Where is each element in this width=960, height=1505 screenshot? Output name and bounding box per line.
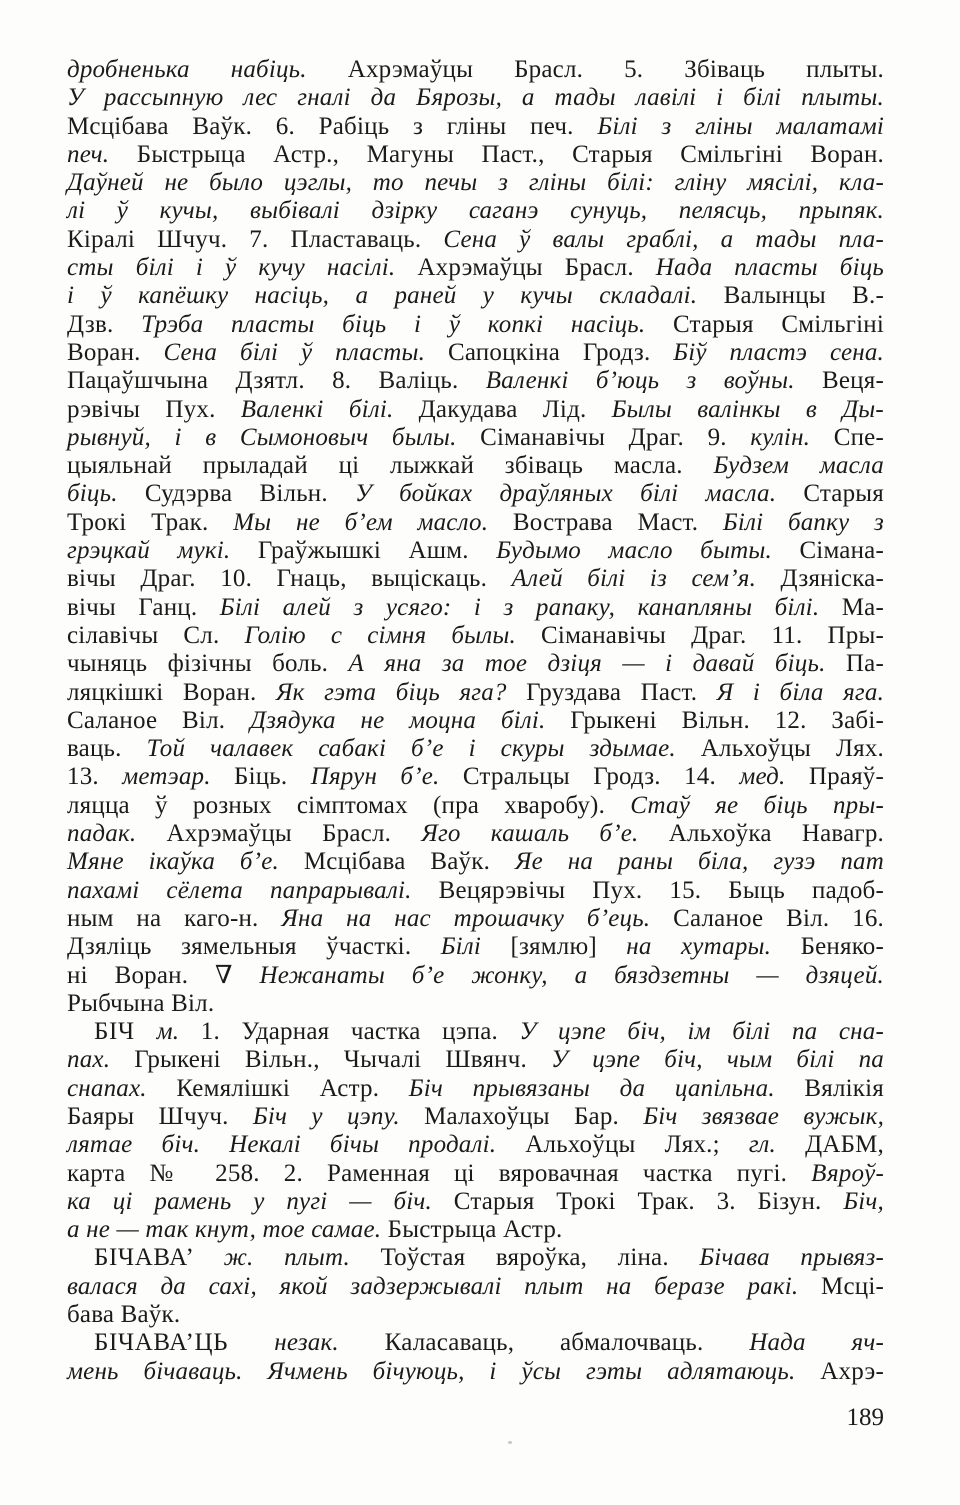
body-text: Старыя Смільгіні xyxy=(673,311,884,338)
example-text: гл. xyxy=(749,1131,805,1158)
body-text: Мсцібава Ваўк. xyxy=(304,848,515,875)
body-text: Граўжышкі Ашм. xyxy=(258,537,496,564)
example-text: снапах. xyxy=(67,1075,176,1102)
example-text: біць. xyxy=(67,480,145,507)
example-text: печ. xyxy=(67,141,137,168)
body-text: Саланое Віл. xyxy=(67,707,250,734)
text-line: пах. Грыкені Вільн., Чычалі Швянч. У цэп… xyxy=(67,1046,884,1074)
example-text: Даўней не было цэглы, то печы з гліны бі… xyxy=(67,169,884,196)
body-text: Ахрэмаўцы Брасл. xyxy=(167,820,422,847)
body-text: Беняко- xyxy=(801,933,884,960)
example-text: Дзядука не моцна білі. xyxy=(250,707,570,734)
body-text: Альхоўцы Лях.; xyxy=(525,1131,749,1158)
body-text: Дзяліць зямельныя ўчасткі. xyxy=(67,933,441,960)
example-text: Стаў яе біць пры- xyxy=(630,792,884,819)
example-text: У цэпе біч, чым білі па xyxy=(551,1046,884,1073)
example-text: У бойках драўляных білі масла. xyxy=(355,480,803,507)
body-text: Ма- xyxy=(842,594,884,621)
example-text: Сена ў валы граблі, а тады пла- xyxy=(443,226,884,253)
text-line: Даўней не было цэглы, то печы з гліны бі… xyxy=(67,169,884,197)
body-text: Судэрва Вільн. xyxy=(145,480,355,507)
text-line: Кіралі Шчуч. 7. Пластаваць. Сена ў валы … xyxy=(67,226,884,254)
text-line: Баяры Шчуч. Біч у цэпу. Малахоўцы Бар. Б… xyxy=(67,1103,884,1131)
text-line: Пацаўшчына Дзятл. 8. Валіць. Валенкі б’ю… xyxy=(67,367,884,395)
body-text: Вострава Маст. xyxy=(513,509,723,536)
example-text: У рассыпную лес гналі да Бярозы, а тады … xyxy=(67,84,884,111)
example-text: Сена білі ў пласты. xyxy=(163,339,448,366)
body-text: Кемялішкі Астр. xyxy=(176,1075,408,1102)
example-text: Біч прывязаны да цапільна. xyxy=(409,1075,805,1102)
example-text: лятае біч. Некалі бічы продалі. xyxy=(67,1131,525,1158)
text-line: рэвічы Пух. Валенкі білі. Дакудава Лід. … xyxy=(67,396,884,424)
example-text: пахамі сёлета папрарывалі. xyxy=(67,877,439,904)
example-text: Голію с сімня былы. xyxy=(245,622,542,649)
body-text: Сіманавічы Драг. 9. xyxy=(480,424,750,451)
body-text: Кіралі Шчуч. 7. Пластаваць. xyxy=(67,226,443,253)
example-text: А яна за тое дзіця — і давай біць. xyxy=(349,650,846,677)
headword: БІЧАВА’ xyxy=(94,1244,224,1271)
example-text: мед. xyxy=(739,763,808,790)
body-text: чыняць фізічны боль. xyxy=(67,650,349,677)
example-text: рывнуй, і в Сымоновыч былы. xyxy=(67,424,480,451)
body-text: Па- xyxy=(846,650,884,677)
body-text: Старыя xyxy=(803,480,884,507)
body-text: Быстрыца Астр., Магуны Паст., Старыя Смі… xyxy=(137,141,884,168)
example-text: Той чалавек сабакі б’е і скуры здымае. xyxy=(147,735,701,762)
body-text: цыяльнай прыладай ці лыжкай збіваць масл… xyxy=(67,452,713,479)
text-line: чыняць фізічны боль. А яна за тое дзіця … xyxy=(67,650,884,678)
text-line: ляцца ў розных сімптомах (пра хваробу). … xyxy=(67,792,884,820)
example-text: Валенкі б’юць з воўны. xyxy=(486,367,822,394)
body-text: Воран. xyxy=(67,339,163,366)
body-text: Сапоцкіна Гродз. xyxy=(448,339,673,366)
example-text: мень бічаваць. Ячмень бічуюць, і ўсы гэт… xyxy=(67,1358,820,1385)
page-number: 189 xyxy=(67,1404,884,1432)
example-text: і ў капёшку насіць, а раней у кучы склад… xyxy=(67,282,724,309)
example-text: Біў пластэ сена. xyxy=(673,339,884,366)
example-text: Былы валінкы в Ды- xyxy=(612,396,884,423)
text-line: Трокі Трак. Мы не б’ем масло. Вострава М… xyxy=(67,509,884,537)
body-text: ні Воран. xyxy=(67,962,215,989)
text-line: сты білі і ў кучу насілі. Ахрэмаўцы Брас… xyxy=(67,254,884,282)
scan-artifact xyxy=(508,1441,512,1444)
body-text: Спе- xyxy=(834,424,884,451)
phraseme-marker-icon: ∇ xyxy=(215,962,260,989)
example-text: Яе на раны біла, гузэ пат xyxy=(515,848,884,875)
text-line: Мяне ікаўка б’е. Мсцібава Ваўк. Яе на ра… xyxy=(67,848,884,876)
text-line: печ. Быстрыца Астр., Магуны Паст., Стары… xyxy=(67,141,884,169)
body-text: Мсцібава Ваўк. 6. Рабіць з гліны печ. xyxy=(67,113,597,140)
text-line: Дзяліць зямельныя ўчасткі. Білі [зямлю] … xyxy=(67,933,884,961)
body-text: Вялікія xyxy=(804,1075,884,1102)
example-text: Білі бапку з xyxy=(723,509,884,536)
body-text: Грыкені Вільн., Чычалі Швянч. xyxy=(134,1046,551,1073)
text-line: БІЧАВА’ЦЬ незак. Каласаваць, абмалочваць… xyxy=(67,1329,884,1357)
body-text: Быстрыца Астр. xyxy=(388,1216,563,1243)
body-text: Альхоўцы Лях. xyxy=(701,735,884,762)
body-text: сілавічы Сл. xyxy=(67,622,245,649)
body-text: ным на каго-н. xyxy=(67,905,281,932)
text-line: БІЧ м. 1. Ударная частка цэпа. У цэпе бі… xyxy=(67,1018,884,1046)
example-text: сты білі і ў кучу насілі. xyxy=(67,254,417,281)
body-text: вічы Драг. 10. Гнаць, выціскаць. xyxy=(67,565,512,592)
text-line: і ў капёшку насіць, а раней у кучы склад… xyxy=(67,282,884,310)
body-text: Ахрэ- xyxy=(820,1358,884,1385)
example-text: Валенкі білі. xyxy=(241,396,419,423)
body-text: ляцца ў розных сімптомах (пра хваробу). xyxy=(67,792,630,819)
example-text: а не — так кнут, тое самае. xyxy=(67,1216,388,1243)
example-text: Яна на нас трошачку б’ець. xyxy=(281,905,673,932)
body-text: Ахрэмаўцы Брасл. 5. Збіваць плыты. xyxy=(348,56,884,83)
example-text: Я і біла яга. xyxy=(717,679,884,706)
text-line: пахамі сёлета папрарывалі. Вецярэвічы Пу… xyxy=(67,877,884,905)
body-text: Пацаўшчына Дзятл. 8. Валіць. xyxy=(67,367,486,394)
example-text: Пярун б’е. xyxy=(311,763,463,790)
text-line: а не — так кнут, тое самае. Быстрыца Аст… xyxy=(67,1216,884,1244)
text-line: ні Воран. ∇ Нежанаты б’е жонку, а бяздзе… xyxy=(67,962,884,990)
example-text: Вяроў- xyxy=(811,1160,884,1187)
text-line: БІЧАВА’ ж. плыт. Тоўстая вяроўка, ліна. … xyxy=(67,1244,884,1272)
example-text: Біч, xyxy=(843,1188,884,1215)
body-text: Праяў- xyxy=(809,763,884,790)
example-text: Як гэта біць яга? xyxy=(276,679,526,706)
example-text: Мяне ікаўка б’е. xyxy=(67,848,304,875)
text-line: падак. Ахрэмаўцы Брасл. Яго кашаль б’е. … xyxy=(67,820,884,848)
example-text: кулін. xyxy=(750,424,833,451)
text-line: сілавічы Сл. Голію с сімня былы. Сіманав… xyxy=(67,622,884,650)
text-line: вічы Драг. 10. Гнаць, выціскаць. Алей бі… xyxy=(67,565,884,593)
example-text: У цэпе біч, ім білі па сна- xyxy=(519,1018,884,1045)
example-text: Біч звязвае вужык, xyxy=(643,1103,884,1130)
example-text: м. xyxy=(157,1018,201,1045)
body-text: Трокі Трак. xyxy=(67,509,233,536)
example-text: на хутары. xyxy=(626,933,800,960)
text-line: вічы Ганц. Білі алей з усяго: і з рапаку… xyxy=(67,594,884,622)
text-line: Рыбчына Віл. xyxy=(67,990,884,1018)
text-line: грэцкай мукі. Граўжышкі Ашм. Будымо масл… xyxy=(67,537,884,565)
body-text: Мсці- xyxy=(821,1273,884,1300)
text-line: дробненька набіць. Ахрэмаўцы Брасл. 5. З… xyxy=(67,56,884,84)
text-line: снапах. Кемялішкі Астр. Біч прывязаны да… xyxy=(67,1075,884,1103)
example-text: Білі алей з усяго: і з рапаку, канапляны… xyxy=(220,594,842,621)
text-line: біць. Судэрва Вільн. У бойках драўляных … xyxy=(67,480,884,508)
example-text: Будзем масла xyxy=(713,452,884,479)
body-text: Грыкені Вільн. 12. Забі- xyxy=(570,707,884,734)
example-text: Біч у цэпу. xyxy=(253,1103,424,1130)
body-text: 1. Ударная частка цэпа. xyxy=(201,1018,520,1045)
text-line: лі ў кучы, выбівалі дзірку саганэ сунуць… xyxy=(67,197,884,225)
text-line: лятае біч. Некалі бічы продалі. Альхоўцы… xyxy=(67,1131,884,1159)
body-text: 13. xyxy=(67,763,122,790)
text-line: цыяльнай прыладай ці лыжкай збіваць масл… xyxy=(67,452,884,480)
body-text: Баяры Шчуч. xyxy=(67,1103,253,1130)
body-text: Старыя Трокі Трак. 3. Бізун. xyxy=(454,1188,844,1215)
text-line: рывнуй, і в Сымоновыч былы. Сіманавічы Д… xyxy=(67,424,884,452)
body-text: рэвічы Пух. xyxy=(67,396,241,423)
text-line: валася да сахі, якой задзержывалі плыт н… xyxy=(67,1273,884,1301)
body-text: Груздава Паст. xyxy=(526,679,717,706)
example-text: дробненька набіць. xyxy=(67,56,348,83)
example-text: незак. xyxy=(274,1329,384,1356)
text-line: Мсцібава Ваўк. 6. Рабіць з гліны печ. Бі… xyxy=(67,113,884,141)
example-text: Білі xyxy=(441,933,511,960)
text-line: Воран. Сена білі ў пласты. Сапоцкіна Гро… xyxy=(67,339,884,367)
text-line: Дзв. Трэба пласты біць і ў копкі насіць.… xyxy=(67,311,884,339)
example-text: Білі з гліны малатамі xyxy=(597,113,884,140)
text-line: ным на каго-н. Яна на нас трошачку б’ець… xyxy=(67,905,884,933)
example-text: ка ці рамень у пугі — біч. xyxy=(67,1188,454,1215)
dictionary-page: дробненька набіць. Ахрэмаўцы Брасл. 5. З… xyxy=(0,0,960,1505)
text-line: ляцкішкі Воран. Як гэта біць яга? Грузда… xyxy=(67,679,884,707)
body-text: [зямлю] xyxy=(510,933,626,960)
body-text: Каласаваць, абмалочваць. xyxy=(385,1329,750,1356)
example-text: ж. плыт. xyxy=(224,1244,381,1271)
headword: БІЧ xyxy=(94,1018,157,1045)
text-line: мень бічаваць. Ячмень бічуюць, і ўсы гэт… xyxy=(67,1358,884,1386)
example-text: падак. xyxy=(67,820,167,847)
example-text: Трэба пласты біць і ў копкі насіць. xyxy=(141,311,673,338)
body-text: ляцкішкі Воран. xyxy=(67,679,276,706)
example-text: Будымо масло быты. xyxy=(496,537,799,564)
text-line: Саланое Віл. Дзядука не моцна білі. Грык… xyxy=(67,707,884,735)
body-text: Сімана- xyxy=(799,537,884,564)
body-text: Дзяніска- xyxy=(781,565,884,592)
body-text: Рыбчына Віл. xyxy=(67,990,214,1017)
text-line: ка ці рамень у пугі — біч. Старыя Трокі … xyxy=(67,1188,884,1216)
body-text: Тоўстая вяроўка, ліна. xyxy=(381,1244,700,1271)
body-text: Дакудава Лід. xyxy=(419,396,612,423)
text-line: 13. метэар. Біць. Пярун б’е. Стральцы Гр… xyxy=(67,763,884,791)
body-text: Валынцы В.- xyxy=(724,282,884,309)
body-text: ваць. xyxy=(67,735,147,762)
example-text: Яго кашаль б’е. xyxy=(421,820,668,847)
body-text: вічы Ганц. xyxy=(67,594,220,621)
body-text: ДАБМ, xyxy=(805,1131,884,1158)
body-text: Саланое Віл. 16. xyxy=(673,905,884,932)
example-text: пах. xyxy=(67,1046,134,1073)
body-text: карта № 258. 2. Раменная ці вяровачная ч… xyxy=(67,1160,811,1187)
example-text: Алей білі із сем’я. xyxy=(512,565,781,592)
body-text: Малахоўцы Бар. xyxy=(424,1103,643,1130)
body-text: Стральцы Гродз. 14. xyxy=(463,763,739,790)
example-text: Мы не б’ем масло. xyxy=(233,509,513,536)
body-text: Ахрэмаўцы Брасл. xyxy=(417,254,655,281)
example-text: лі ў кучы, выбівалі дзірку саганэ сунуць… xyxy=(67,197,884,224)
body-text: Вецярэвічы Пух. 15. Быць падоб- xyxy=(439,877,884,904)
text-line: ваць. Той чалавек сабакі б’е і скуры зды… xyxy=(67,735,884,763)
body-text: Сіманавічы Драг. 11. Пры- xyxy=(541,622,884,649)
example-text: грэцкай мукі. xyxy=(67,537,258,564)
example-text: Нада пласты біць xyxy=(656,254,884,281)
text-line: бава Ваўк. xyxy=(67,1301,884,1329)
body-text: бава Ваўк. xyxy=(67,1301,180,1328)
text-line: карта № 258. 2. Раменная ці вяровачная ч… xyxy=(67,1160,884,1188)
example-text: валася да сахі, якой задзержывалі плыт н… xyxy=(67,1273,821,1300)
example-text: Нежанаты б’е жонку, а бяздзетны — дзяцей… xyxy=(260,962,884,989)
example-text: метэар. xyxy=(122,763,234,790)
text-block: дробненька набіць. Ахрэмаўцы Брасл. 5. З… xyxy=(67,56,884,1386)
example-text: Нада яч- xyxy=(749,1329,884,1356)
body-text: Альхоўка Навагр. xyxy=(669,820,884,847)
body-text: Біць. xyxy=(234,763,311,790)
headword: БІЧАВА’ЦЬ xyxy=(94,1329,274,1356)
body-text: Веця- xyxy=(822,367,884,394)
body-text: Дзв. xyxy=(67,311,141,338)
text-line: У рассыпную лес гналі да Бярозы, а тады … xyxy=(67,84,884,112)
example-text: Бічава прывяз- xyxy=(699,1244,884,1271)
